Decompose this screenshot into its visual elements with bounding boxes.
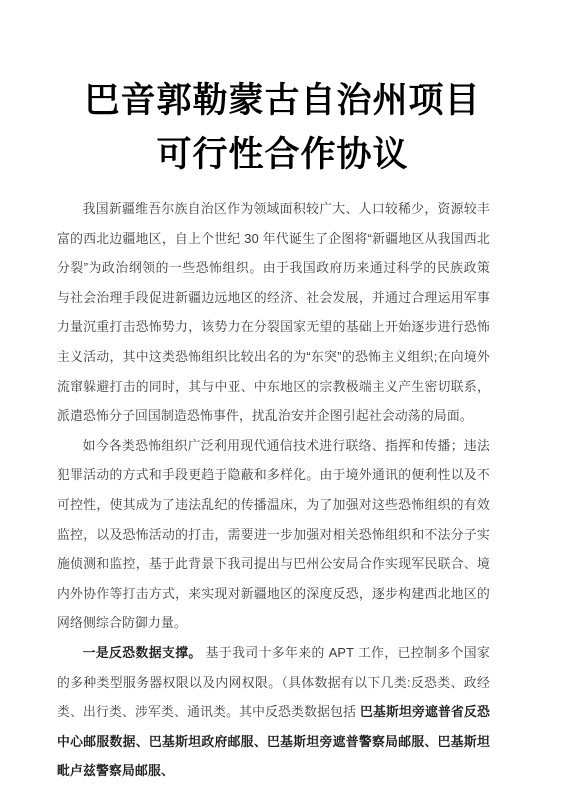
paragraph-background-intro-text: 我国新疆维吾尔族自治区作为领域面积较广大、人口较稀少，资源较丰富的西北边疆地区，… xyxy=(57,201,490,423)
paragraph-data-support: 一是反恐数据支撑。 基于我司十多年来的 APT 工作，已控制多个国家的多种类型服… xyxy=(57,638,490,786)
title-line-2: 可行性合作协议 xyxy=(156,135,408,174)
title-line-1: 巴音郭勒蒙古自治州项目 xyxy=(84,81,480,120)
data-support-lead-bold: 一是反恐数据支撑。 xyxy=(83,645,202,660)
paragraph-background-intro: 我国新疆维吾尔族自治区作为领域面积较广大、人口较稀少，资源较丰富的西北边疆地区，… xyxy=(57,194,490,431)
document-page: 巴音郭勒蒙古自治州项目 可行性合作协议 我国新疆维吾尔族自治区作为领域面积较广大… xyxy=(0,0,565,800)
paragraph-threat-overview: 如今各类恐怖组织广泛利用现代通信技术进行联络、指挥和传播；违法犯罪活动的方式和手… xyxy=(57,431,490,638)
paragraph-threat-overview-text: 如今各类恐怖组织广泛利用现代通信技术进行联络、指挥和传播；违法犯罪活动的方式和手… xyxy=(57,438,490,631)
document-title: 巴音郭勒蒙古自治州项目 可行性合作协议 xyxy=(0,0,565,182)
document-body: 我国新疆维吾尔族自治区作为领域面积较广大、人口较稀少，资源较丰富的西北边疆地区，… xyxy=(57,194,490,786)
